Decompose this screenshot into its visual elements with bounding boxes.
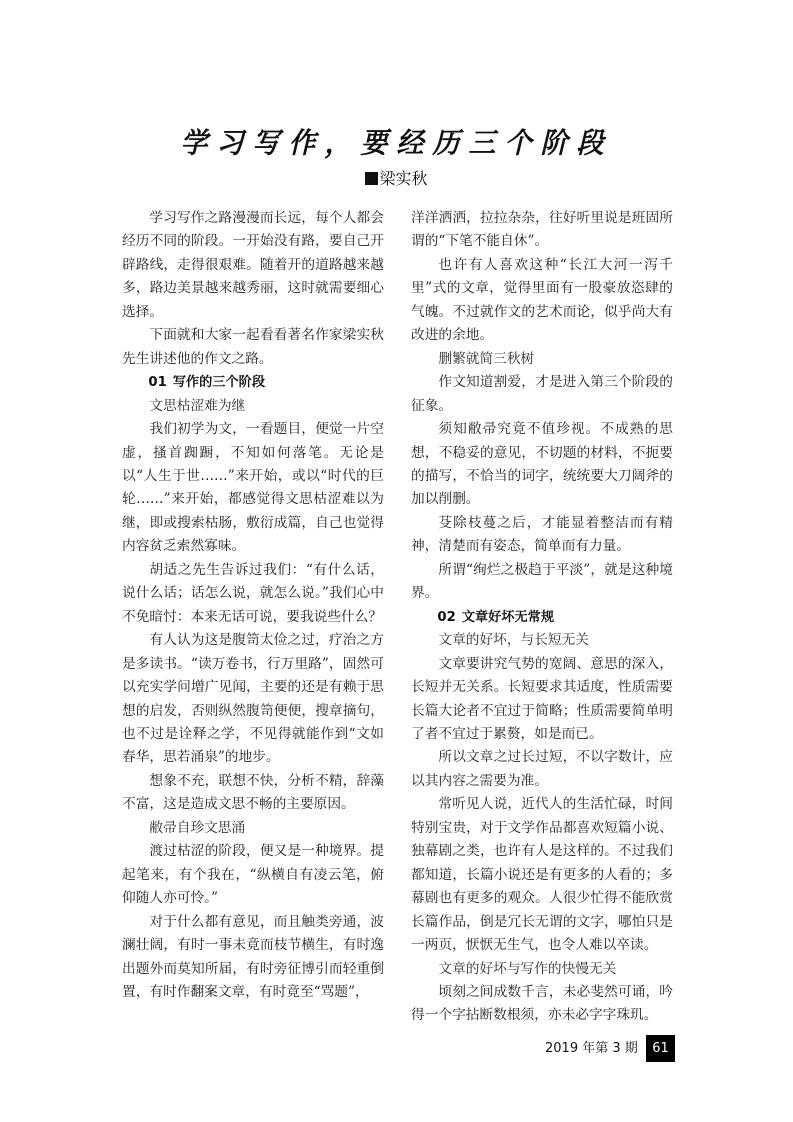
author-name: 梁实秋 bbox=[379, 169, 427, 188]
page-number: 61 bbox=[646, 1035, 675, 1062]
paragraph: 渡过枯涩的阶段，便又是一种境界。提起笔来，有个我在，“纵横自有凌云笔，俯仰随人亦… bbox=[122, 840, 384, 910]
section-heading: 02文章好坏无常规 bbox=[411, 606, 673, 629]
section-heading-text: 写作的三个阶段 bbox=[173, 375, 265, 390]
paragraph: 胡适之先生告诉过我们：“有什么话，说什么话；话怎么说，就怎么说。”我们心中不免暗… bbox=[122, 559, 384, 629]
paragraph: 芟除枝蔓之后，才能显着整洁而有精神，清楚而有姿态，简单而有力量。 bbox=[411, 512, 673, 559]
subheading: 删繁就简三秋树 bbox=[411, 348, 673, 371]
subheading: 文章的好坏与写作的快慢无关 bbox=[411, 958, 673, 981]
paragraph: 顷刻之间成数千言，未必斐然可诵，吟得一个字拈断数根须，亦未必字字珠玑。 bbox=[411, 981, 673, 1028]
paragraph: 想象不充，联想不快，分析不精，辞藻不富，这是造成文思不畅的主要原因。 bbox=[122, 770, 384, 817]
paragraph: 有人认为这是腹笥太俭之过，疗治之方是多读书。“读万卷书，行万里路”，固然可以充实… bbox=[122, 629, 384, 770]
paragraph-continued: 洋洋洒洒，拉拉杂杂，往好听里说是班固所谓的“下笔不能自休”。 bbox=[411, 207, 673, 254]
subheading: 文章的好坏，与长短无关 bbox=[411, 629, 673, 652]
paragraph: 对于什么都有意见，而且触类旁通，波澜壮阔，有时一事未竟而枝节横生，有时逸出题外而… bbox=[122, 911, 384, 1005]
paragraph: 所谓“绚烂之极趋于平淡”，就是这种境界。 bbox=[411, 559, 673, 606]
paragraph: 文章要讲究气势的宽阔、意思的深入，长短并无关系。长短要求其适度，性质需要长篇大论… bbox=[411, 653, 673, 747]
issue-label: 2019 年第 3 期 bbox=[545, 1037, 638, 1056]
left-column: 学习写作之路漫漫而长远，每个人都会经历不同的阶段。一开始没有路，要自己开辟路线，… bbox=[122, 207, 384, 1004]
article-title: 学习写作，要经历三个阶段 bbox=[0, 120, 793, 161]
square-bullet-icon bbox=[365, 172, 378, 185]
paragraph: 常听见人说，近代人的生活忙碌，时间特别宝贵，对于文学作品都喜欢短篇小说、独幕剧之… bbox=[411, 793, 673, 957]
paragraph: 须知敝帚究竟不值珍视。不成熟的思想，不稳妥的意见，不切题的材料，不扼要的描写，不… bbox=[411, 418, 673, 512]
subheading: 敝帚自珍文思涌 bbox=[122, 817, 384, 840]
paragraph: 也许有人喜欢这种“长江大河一泻千里”式的文章，觉得里面有一股豪放恣肆的气魄。不过… bbox=[411, 254, 673, 348]
section-heading: 01写作的三个阶段 bbox=[122, 371, 384, 394]
paragraph: 作文知道割爱，才是进入第三个阶段的征象。 bbox=[411, 371, 673, 418]
paragraph: 学习写作之路漫漫而长远，每个人都会经历不同的阶段。一开始没有路，要自己开辟路线，… bbox=[122, 207, 384, 324]
section-heading-text: 文章好坏无常规 bbox=[462, 610, 554, 625]
paragraph: 所以文章之过长过短，不以字数计，应以其内容之需要为准。 bbox=[411, 746, 673, 793]
section-number: 01 bbox=[148, 375, 166, 390]
paragraph: 下面就和大家一起看看著名作家梁实秋先生讲述他的作文之路。 bbox=[122, 324, 384, 371]
section-number: 02 bbox=[437, 610, 455, 625]
byline: 梁实秋 bbox=[0, 166, 793, 189]
subheading: 文思枯涩难为继 bbox=[122, 395, 384, 418]
paragraph: 我们初学为文，一看题目，便觉一片空虚，搔首踟蹰，不知如何落笔。无论是以“人生于世… bbox=[122, 418, 384, 559]
right-column: 洋洋洒洒，拉拉杂杂，往好听里说是班固所谓的“下笔不能自休”。 也许有人喜欢这种“… bbox=[411, 207, 673, 1028]
